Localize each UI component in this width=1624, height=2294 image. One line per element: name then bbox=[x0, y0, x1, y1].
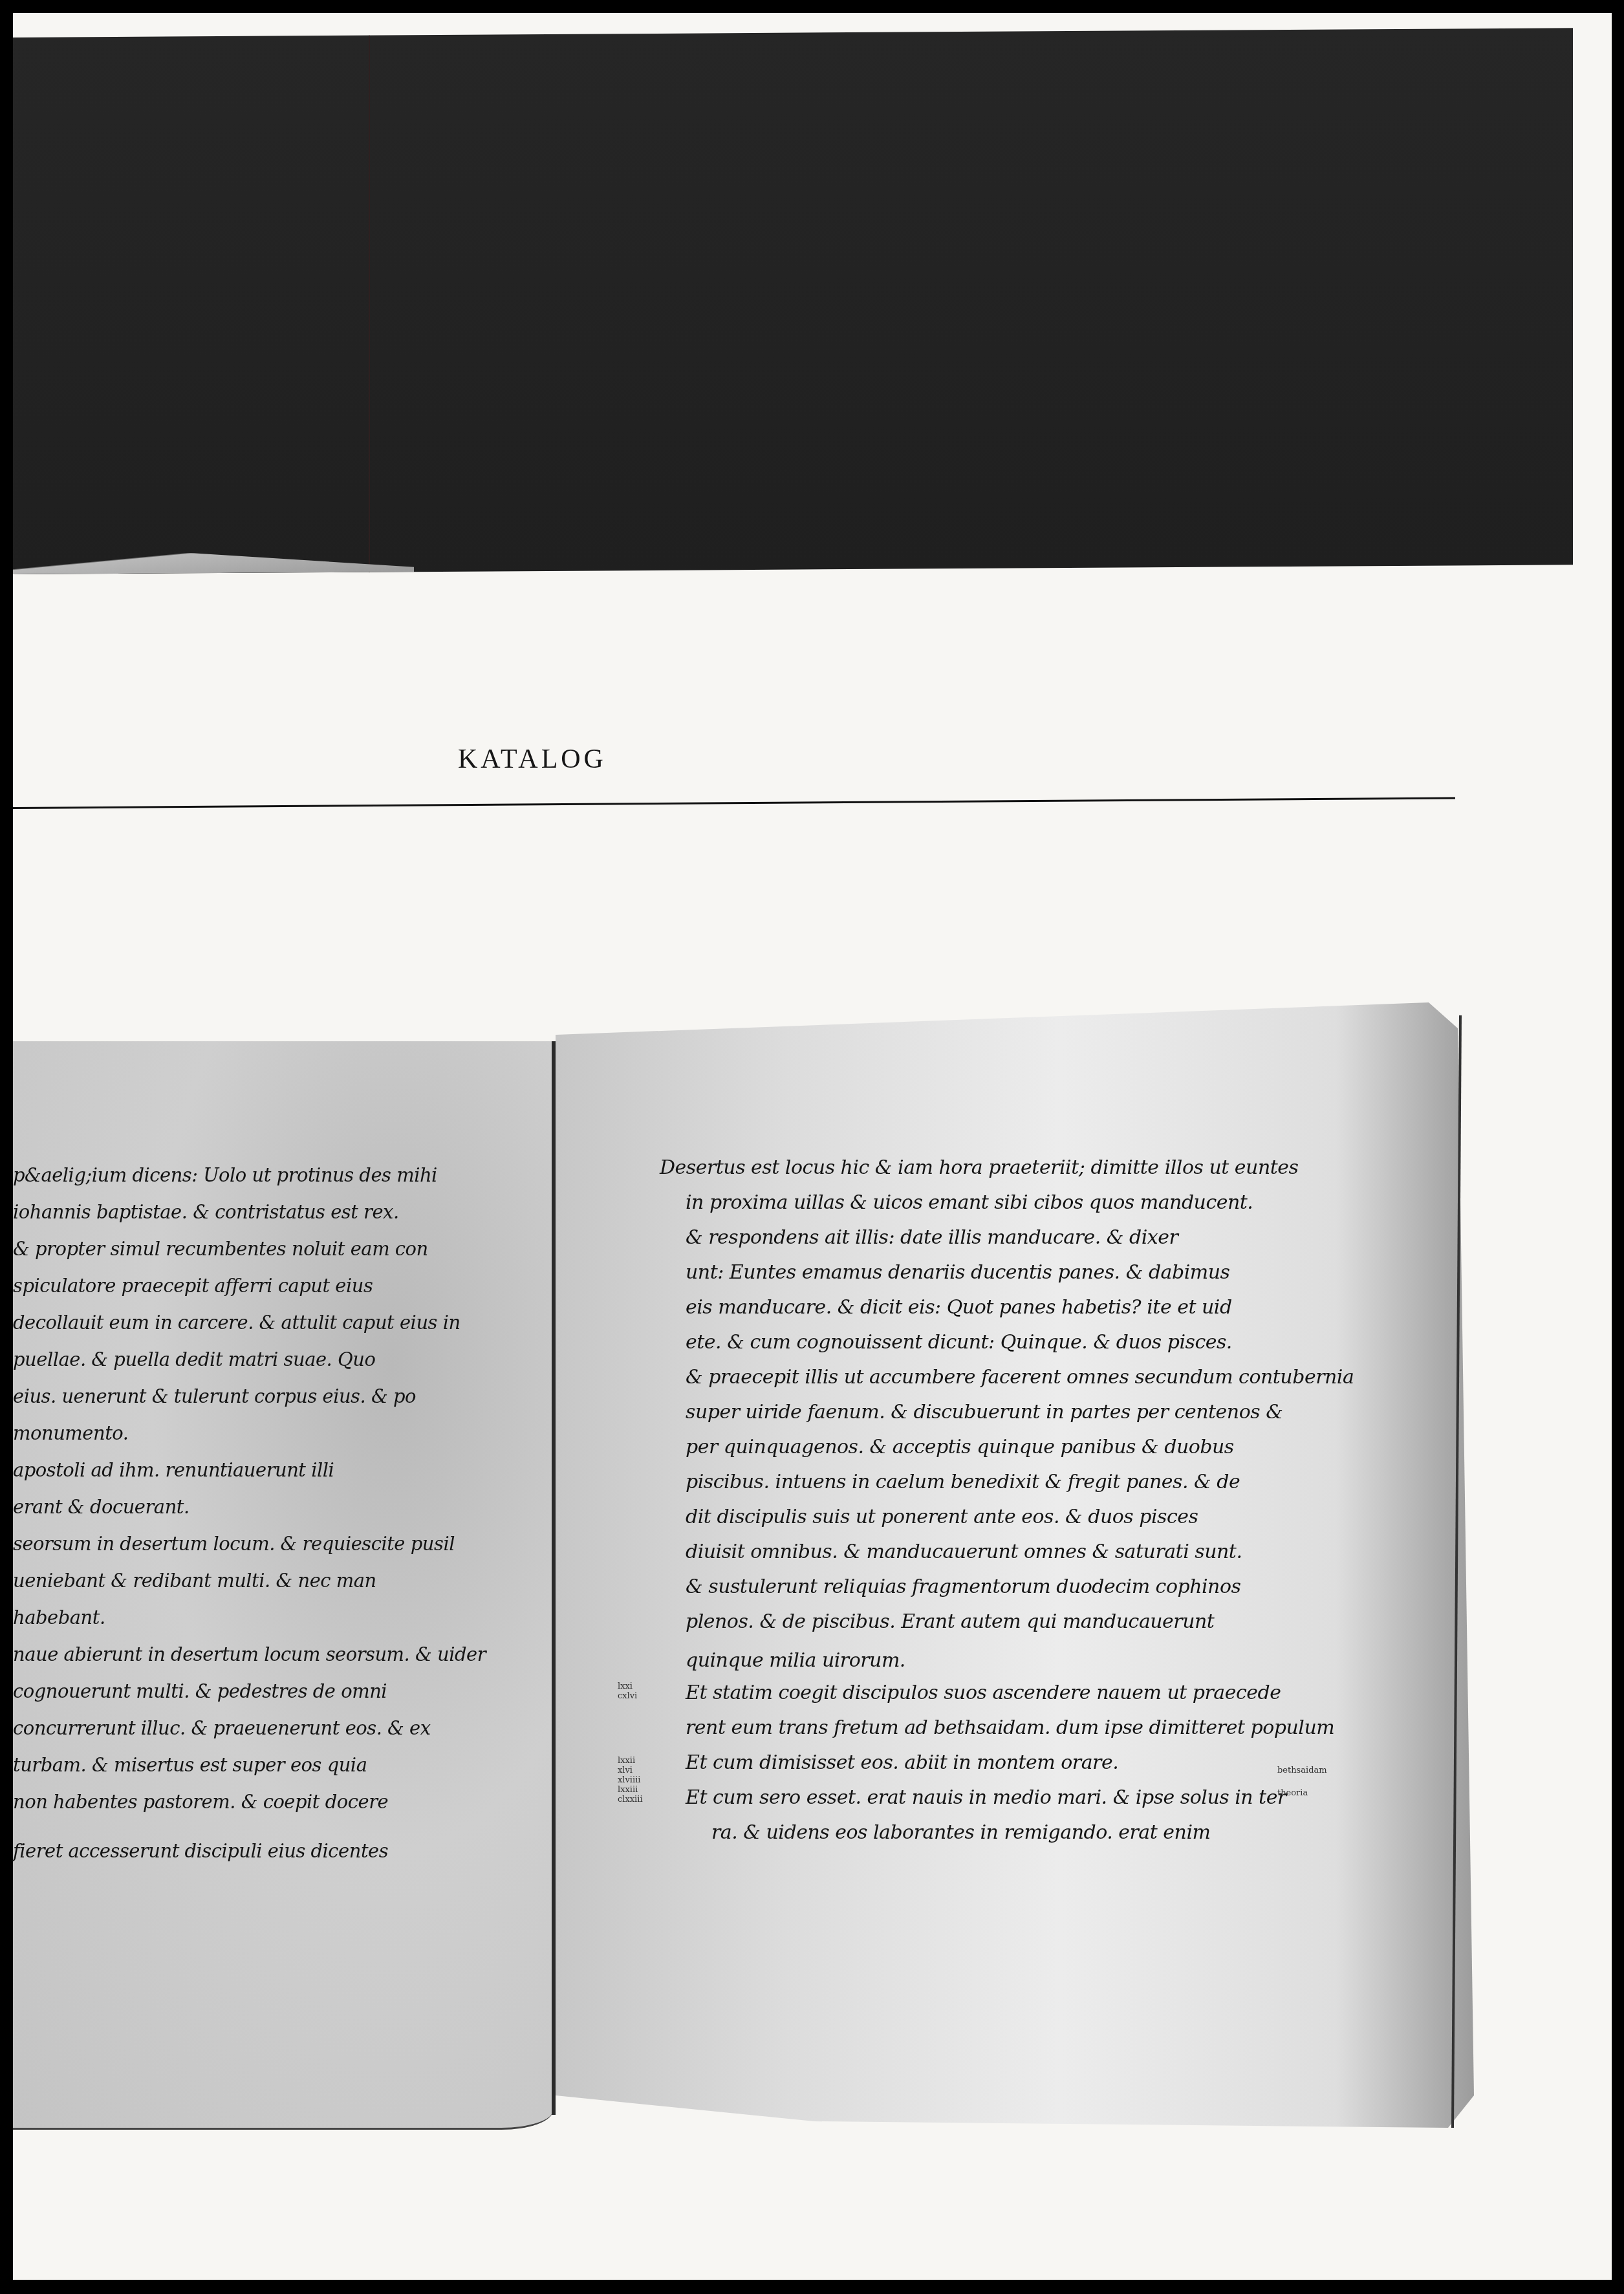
ms-line: ra. & uidens eos laborantes in remigando… bbox=[711, 1821, 1210, 1844]
ms-line: naue abierunt in desertum locum seorsum.… bbox=[13, 1643, 486, 1665]
margin-note: theoria bbox=[1277, 1788, 1308, 1798]
ms-line: unt: Euntes emamus denariis ducentis pan… bbox=[686, 1261, 1229, 1284]
ms-line: Et statim coegit discipulos suos ascende… bbox=[686, 1682, 1281, 1704]
ms-line: plenos. & de piscibus. Erant autem qui m… bbox=[686, 1610, 1214, 1633]
ms-line: piscibus. intuens in caelum benedixit & … bbox=[686, 1471, 1240, 1493]
ms-line: fieret accesserunt discipuli eius dicent… bbox=[13, 1840, 388, 1862]
ms-line: seorsum in desertum locum. & requiescite… bbox=[13, 1533, 455, 1555]
margin-note: lxxii xlvi xlviiii lxxiii clxxiii bbox=[618, 1756, 643, 1804]
ms-line: habebant. bbox=[13, 1607, 105, 1629]
ms-line: spiculatore praecepit afferri caput eius bbox=[13, 1275, 373, 1297]
ms-line: super uiride faenum. & discubuerunt in p… bbox=[686, 1401, 1283, 1423]
ms-line: monumento. bbox=[13, 1422, 128, 1444]
ms-line: dit discipulis suis ut ponerent ante eos… bbox=[686, 1506, 1198, 1528]
ms-line: non habentes pastorem. & coepit docere bbox=[13, 1791, 388, 1813]
ms-line: & praecepit illis ut accumbere facerent … bbox=[686, 1366, 1354, 1389]
ms-line: cognouerunt multi. & pedestres de omni bbox=[13, 1680, 387, 1702]
photo-light-edge bbox=[13, 539, 414, 574]
ms-line: turbam. & misertus est super eos quia bbox=[13, 1754, 367, 1776]
ms-line: concurrerunt illuc. & praeuenerunt eos. … bbox=[13, 1717, 431, 1739]
ms-line: Desertus est locus hic & iam hora praete… bbox=[660, 1156, 1298, 1179]
ms-line: ueniebant & redibant multi. & nec man bbox=[13, 1570, 376, 1592]
ms-line: eius. uenerunt & tulerunt corpus eius. &… bbox=[13, 1385, 416, 1407]
ms-line: quinque milia uirorum. bbox=[686, 1649, 905, 1672]
ms-line: puellae. & puella dedit matri suae. Quo bbox=[13, 1348, 375, 1370]
margin-note: lxxi cxlvi bbox=[618, 1682, 637, 1701]
ms-line: eis manducare. & dicit eis: Quot panes h… bbox=[686, 1296, 1232, 1319]
ms-line: Et cum sero esset. erat nauis in medio m… bbox=[686, 1786, 1286, 1809]
photo-seam bbox=[369, 36, 370, 572]
ms-line: ete. & cum cognouissent dicunt: Quinque.… bbox=[686, 1331, 1232, 1354]
ms-line: & propter simul recumbentes noluit eam c… bbox=[13, 1238, 428, 1260]
ms-line: & sustulerunt reliquias fragmentorum duo… bbox=[686, 1575, 1240, 1598]
ms-line: erant & docuerant. bbox=[13, 1496, 189, 1518]
ms-line: decollauit eum in carcere. & attulit cap… bbox=[13, 1312, 460, 1334]
ms-line: p&aelig;ium dicens: Uolo ut protinus des… bbox=[13, 1164, 437, 1186]
ms-line: diuisit omnibus. & manducauerunt omnes &… bbox=[686, 1541, 1242, 1563]
ms-line: apostoli ad ihm. renuntiauerunt illi bbox=[13, 1459, 334, 1481]
ms-line: per quinquagenos. & acceptis quinque pan… bbox=[686, 1436, 1234, 1458]
page-heading: KATALOG bbox=[458, 744, 607, 775]
ms-line: & respondens ait illis: date illis mandu… bbox=[686, 1226, 1178, 1249]
manuscript-gutter bbox=[552, 1041, 556, 2115]
ms-line: rent eum trans fretum ad bethsaidam. dum… bbox=[686, 1716, 1334, 1739]
margin-note: bethsaidam bbox=[1277, 1766, 1327, 1775]
ms-line: in proxima uillas & uicos emant sibi cib… bbox=[686, 1191, 1253, 1214]
ms-line: iohannis baptistae. & contristatus est r… bbox=[13, 1201, 399, 1223]
ms-line: Et cum dimisisset eos. abiit in montem o… bbox=[686, 1751, 1118, 1774]
top-photograph bbox=[13, 28, 1573, 574]
manuscript-spread: p&aelig;ium dicens: Uolo ut protinus des… bbox=[13, 1002, 1488, 2167]
